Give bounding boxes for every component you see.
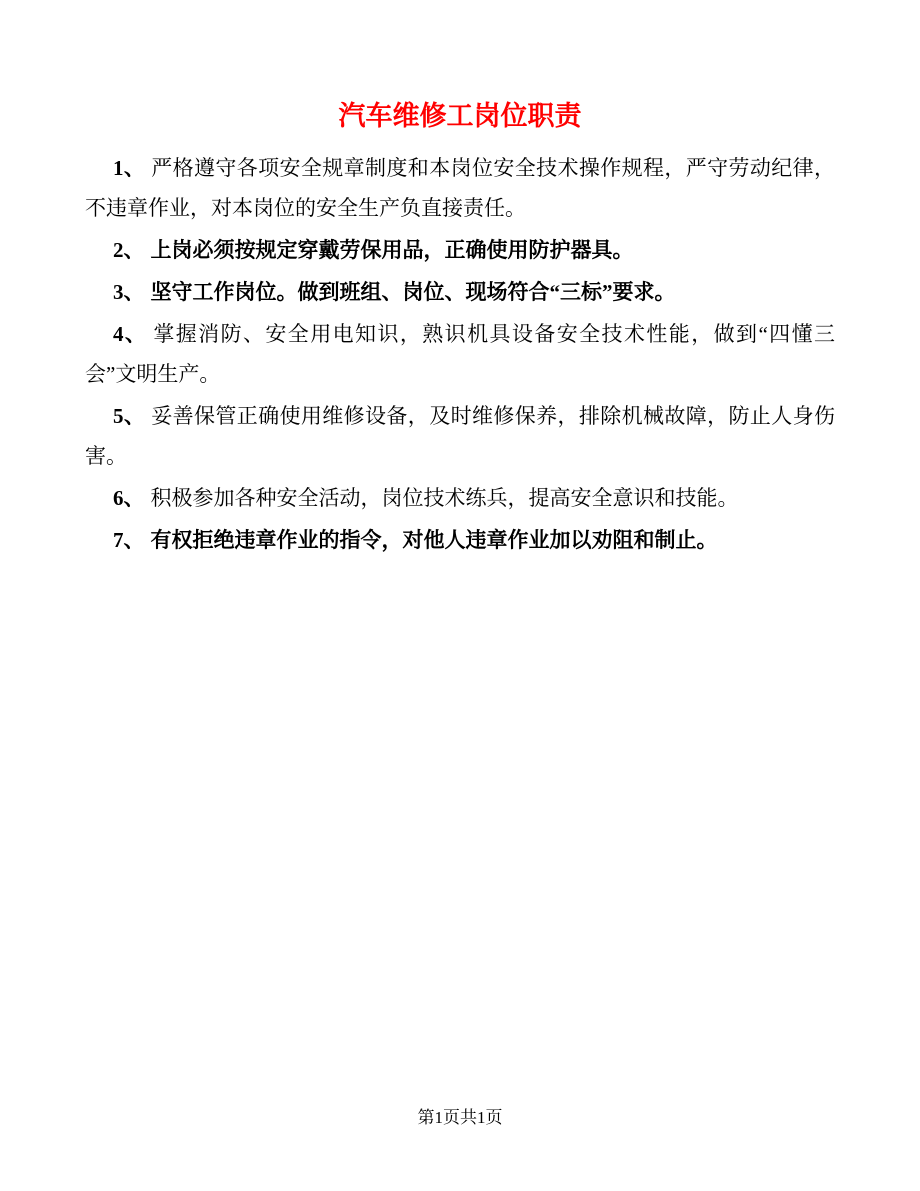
- page-number-text: 第1页共1页: [418, 1108, 503, 1127]
- paragraph-item: 1、严格遵守各项安全规章制度和本岗位安全技术操作规程，严守劳动纪律，不违章作业，…: [85, 148, 835, 228]
- paragraph-text: 上岗必须按规定穿戴劳保用品，正确使用防护器具。: [151, 238, 634, 262]
- paragraph-text: 掌握消防、安全用电知识，熟识机具设备安全技术性能，做到“四懂三会”文明生产。: [85, 322, 835, 386]
- document-body: 汽车维修工岗位职责 1、严格遵守各项安全规章制度和本岗位安全技术操作规程，严守劳…: [85, 98, 835, 562]
- paragraph-item: 5、妥善保管正确使用维修设备，及时维修保养，排除机械故障，防止人身伤害。: [85, 396, 835, 476]
- paragraph-number: 5、: [113, 404, 145, 428]
- paragraph-item: 2、上岗必须按规定穿戴劳保用品，正确使用防护器具。: [85, 230, 835, 270]
- paragraph-number: 2、: [113, 238, 145, 262]
- document-page: 汽车维修工岗位职责 1、严格遵守各项安全规章制度和本岗位安全技术操作规程，严守劳…: [0, 0, 920, 1191]
- paragraph-item: 6、积极参加各种安全活动，岗位技术练兵，提高安全意识和技能。: [85, 478, 835, 518]
- paragraph-number: 4、: [113, 322, 147, 346]
- paragraph-text: 妥善保管正确使用维修设备，及时维修保养，排除机械故障，防止人身伤害。: [85, 404, 835, 468]
- paragraph-text: 有权拒绝违章作业的指令，对他人违章作业加以劝阻和制止。: [151, 528, 718, 552]
- paragraph-text: 严格遵守各项安全规章制度和本岗位安全技术操作规程，严守劳动纪律，不违章作业，对本…: [85, 156, 835, 220]
- paragraph-item: 7、有权拒绝违章作业的指令，对他人违章作业加以劝阻和制止。: [85, 520, 835, 560]
- document-title: 汽车维修工岗位职责: [85, 98, 835, 134]
- paragraph-text: 坚守工作岗位。做到班组、岗位、现场符合“三标”要求。: [151, 280, 676, 304]
- paragraph-number: 3、: [113, 280, 145, 304]
- paragraph-number: 6、: [113, 486, 145, 510]
- paragraph-item: 3、坚守工作岗位。做到班组、岗位、现场符合“三标”要求。: [85, 272, 835, 312]
- paragraph-list: 1、严格遵守各项安全规章制度和本岗位安全技术操作规程，严守劳动纪律，不违章作业，…: [85, 148, 835, 560]
- paragraph-number: 1、: [113, 156, 145, 180]
- page-footer: 第1页共1页: [0, 1106, 920, 1130]
- paragraph-item: 4、掌握消防、安全用电知识，熟识机具设备安全技术性能，做到“四懂三会”文明生产。: [85, 314, 835, 394]
- paragraph-number: 7、: [113, 528, 145, 552]
- paragraph-text: 积极参加各种安全活动，岗位技术练兵，提高安全意识和技能。: [151, 486, 739, 510]
